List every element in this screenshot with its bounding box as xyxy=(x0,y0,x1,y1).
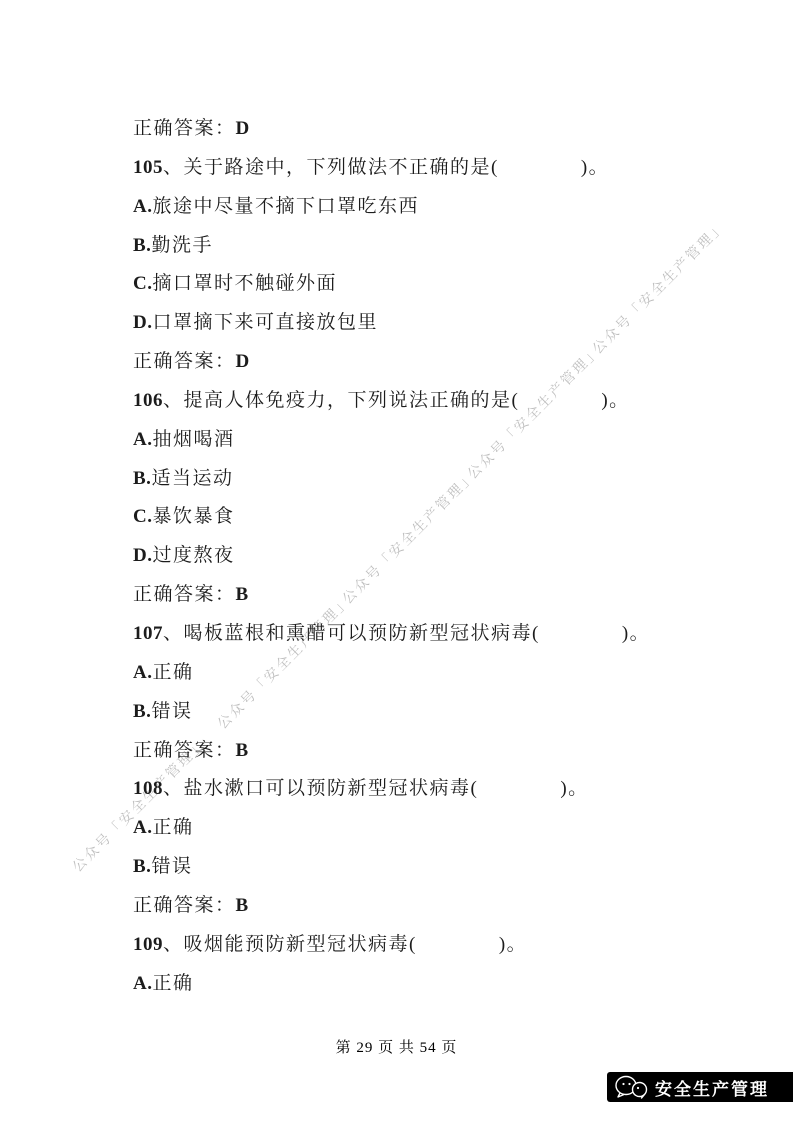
line-prefix: 108 xyxy=(133,778,163,799)
line-prefix: A. xyxy=(133,196,152,217)
line-text: 勤洗手 xyxy=(151,235,213,256)
brand-label: 安全生产管理 xyxy=(655,1075,769,1100)
answer-line: 正确答案：B xyxy=(133,887,693,926)
line-text: 正确答案： xyxy=(133,740,236,761)
option-line: C.摘口罩时不触碰外面 xyxy=(133,265,693,304)
option-line: A.旅途中尽量不摘下口罩吃东西 xyxy=(133,188,693,227)
line-text: 、喝板蓝根和熏醋可以预防新型冠状病毒( )。 xyxy=(163,623,650,644)
question-line: 108、盐水漱口可以预防新型冠状病毒( )。 xyxy=(133,770,693,809)
line-text: 错误 xyxy=(151,701,192,722)
line-text: 错误 xyxy=(151,856,192,877)
line-prefix: B xyxy=(236,740,249,761)
line-prefix: B. xyxy=(133,235,151,256)
line-text: 过度熬夜 xyxy=(152,545,234,566)
option-line: C.暴饮暴食 xyxy=(133,498,693,537)
line-text: 、吸烟能预防新型冠状病毒( )。 xyxy=(163,934,527,955)
line-prefix: A. xyxy=(133,973,152,994)
page: 公众号「安全生产管理」公众号「安全生产管理」公众号「安全生产管理」公众号「安全生… xyxy=(0,0,793,1122)
line-prefix: B xyxy=(236,584,249,605)
line-text: 正确答案： xyxy=(133,584,236,605)
line-prefix: C. xyxy=(133,273,152,294)
option-line: D.过度熬夜 xyxy=(133,537,693,576)
option-line: A.正确 xyxy=(133,809,693,848)
document-body: 正确答案：D105、关于路途中，下列做法不正确的是( )。A.旅途中尽量不摘下口… xyxy=(133,110,693,1003)
line-prefix: C. xyxy=(133,506,152,527)
line-text: 、盐水漱口可以预防新型冠状病毒( )。 xyxy=(163,778,589,799)
answer-line: 正确答案：D xyxy=(133,343,693,382)
option-line: B.错误 xyxy=(133,693,693,732)
option-line: B.适当运动 xyxy=(133,460,693,499)
answer-line: 正确答案：B xyxy=(133,576,693,615)
line-prefix: D xyxy=(236,118,250,139)
line-text: 正确答案： xyxy=(133,118,236,139)
option-line: B.勤洗手 xyxy=(133,227,693,266)
line-prefix: 107 xyxy=(133,623,163,644)
line-text: 口罩摘下来可直接放包里 xyxy=(152,312,378,333)
page-number: 第 29 页 共 54 页 xyxy=(0,1036,793,1057)
line-text: 、关于路途中，下列做法不正确的是( )。 xyxy=(163,157,609,178)
line-prefix: 109 xyxy=(133,934,163,955)
line-prefix: B. xyxy=(133,468,151,489)
line-text: 、提高人体免疫力，下列说法正确的是( )。 xyxy=(163,390,630,411)
question-line: 105、关于路途中，下列做法不正确的是( )。 xyxy=(133,149,693,188)
line-prefix: 106 xyxy=(133,390,163,411)
option-line: A.抽烟喝酒 xyxy=(133,421,693,460)
line-text: 正确 xyxy=(152,817,193,838)
line-prefix: A. xyxy=(133,817,152,838)
line-text: 暴饮暴食 xyxy=(152,506,234,527)
line-text: 正确答案： xyxy=(133,895,236,916)
line-prefix: A. xyxy=(133,429,152,450)
option-line: D.口罩摘下来可直接放包里 xyxy=(133,304,693,343)
line-prefix: 105 xyxy=(133,157,163,178)
line-text: 旅途中尽量不摘下口罩吃东西 xyxy=(152,196,419,217)
question-line: 106、提高人体免疫力，下列说法正确的是( )。 xyxy=(133,382,693,421)
line-prefix: D. xyxy=(133,312,152,333)
chat-bubbles-logo-icon xyxy=(614,1074,648,1100)
answer-line: 正确答案：B xyxy=(133,732,693,771)
line-text: 抽烟喝酒 xyxy=(152,429,234,450)
option-line: B.错误 xyxy=(133,848,693,887)
line-prefix: A. xyxy=(133,662,152,683)
question-line: 107、喝板蓝根和熏醋可以预防新型冠状病毒( )。 xyxy=(133,615,693,654)
option-line: A.正确 xyxy=(133,654,693,693)
line-text: 适当运动 xyxy=(151,468,233,489)
line-text: 正确 xyxy=(152,662,193,683)
line-prefix: B xyxy=(236,895,249,916)
brand-bar: 安全生产管理 xyxy=(607,1072,793,1102)
line-prefix: B. xyxy=(133,856,151,877)
line-prefix: D. xyxy=(133,545,152,566)
option-line: A.正确 xyxy=(133,965,693,1004)
line-prefix: B. xyxy=(133,701,151,722)
line-prefix: D xyxy=(236,351,250,372)
line-text: 正确 xyxy=(152,973,193,994)
line-text: 正确答案： xyxy=(133,351,236,372)
line-text: 摘口罩时不触碰外面 xyxy=(152,273,337,294)
question-line: 109、吸烟能预防新型冠状病毒( )。 xyxy=(133,926,693,965)
answer-line: 正确答案：D xyxy=(133,110,693,149)
